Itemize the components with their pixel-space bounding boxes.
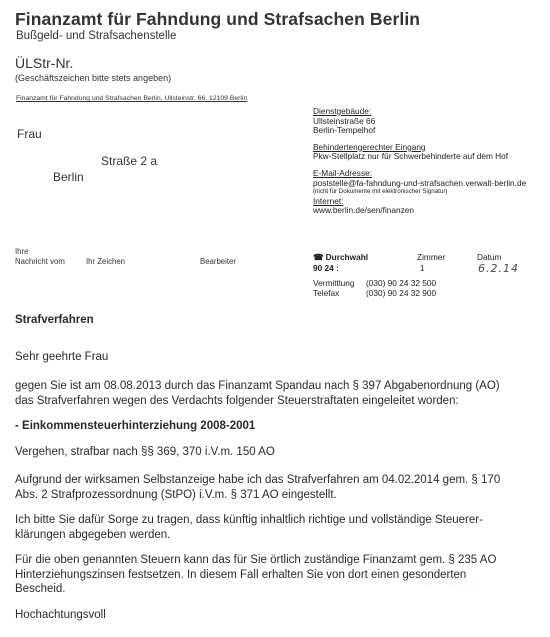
internet-url[interactable]: www.berlin.de/sen/finanzen — [313, 206, 526, 216]
phone-numbers: Vermittlung(030) 90 24 32 500 Telefax(03… — [313, 278, 436, 298]
durchwahl-value: 90 24 : — [313, 263, 339, 273]
offense-legal-basis: Vergehen, strafbar nach §§ 369, 370 i.V.… — [15, 445, 275, 460]
vermittlung-row: Vermittlung(030) 90 24 32 500 — [313, 278, 436, 288]
paragraph-proceedings-opened: gegen Sie ist am 08.08.2013 durch das Fi… — [15, 379, 500, 408]
telefax-row: Telefax(030) 90 24 32 900 — [313, 288, 436, 298]
bearbeiter-label: Bearbeiter — [200, 257, 236, 267]
durchwahl-header: ☎ Durchwahl — [313, 252, 368, 262]
durchwahl-label: Durchwahl — [326, 252, 368, 262]
telephone-icon: ☎ — [313, 252, 323, 262]
paragraph-proceedings-closed: Aufgrund der wirksamen Selbstanzeige hab… — [15, 473, 500, 502]
ref-field-ihre-nachricht: Ihre Nachricht vom — [15, 247, 65, 267]
ihr-zeichen-label: Ihr Zeichen — [86, 257, 125, 267]
vermittlung-number: (030) 90 24 32 500 — [366, 278, 436, 288]
paragraph-line: Aufgrund der wirksamen Selbstanzeige hab… — [15, 473, 500, 488]
office-info-block: Dienstgebäude: Ullsteinstraße 66 Berlin-… — [313, 107, 526, 216]
recipient-street: Straße 2 a — [101, 154, 157, 168]
zimmer-label: Zimmer — [417, 252, 445, 262]
paragraph-line: Hinterziehungszinsen festsetzen. In dies… — [15, 568, 496, 583]
building-district: Berlin-Tempelhof — [313, 126, 526, 136]
recipient-city: Berlin — [53, 170, 84, 184]
organization-title: Finanzamt für Fahndung und Strafsachen B… — [15, 9, 420, 30]
paragraph-interest-notice: Für die oben genannten Steuern kann das … — [15, 553, 496, 597]
telefax-number: (030) 90 24 32 900 — [366, 288, 436, 298]
nachricht-vom-label: Nachricht vom — [15, 257, 65, 267]
telefax-label: Telefax — [313, 288, 366, 298]
reference-hint: (Geschäftszeichen bitte stets angeben) — [15, 73, 171, 83]
letter-greeting: Sehr geehrte Frau — [15, 351, 108, 363]
department-subtitle: Bußgeld- und Strafsachenstelle — [16, 30, 176, 42]
letter-subject: Strafverfahren — [15, 314, 94, 326]
accessible-entrance-text: Pkw-Stellplatz nur für Schwerbehinderte … — [313, 152, 526, 162]
email-address[interactable]: poststelle@fa-fahndung-und-strafsachen.v… — [313, 179, 526, 189]
paragraph-line: das Strafverfahren wegen des Verdachts f… — [15, 394, 500, 409]
paragraph-line: Ich bitte Sie dafür Sorge zu tragen, das… — [15, 513, 483, 528]
paragraph-line: gegen Sie ist am 08.08.2013 durch das Fi… — [15, 379, 500, 394]
zimmer-value: 1 — [420, 263, 425, 273]
return-address: Finanzamt für Fahndung und Strafsachen B… — [16, 95, 247, 102]
handwritten-date: 6.2.14 — [478, 262, 519, 275]
datum-label: Datum — [477, 252, 501, 262]
reference-number-label: ÜLStr-Nr. — [15, 55, 73, 71]
paragraph-line: klärungen abgegeben werden. — [15, 528, 483, 543]
ihre-label: Ihre — [15, 247, 65, 257]
paragraph-line: Für die oben genannten Steuern kann das … — [15, 553, 496, 568]
paragraph-request: Ich bitte Sie dafür Sorge zu tragen, das… — [15, 513, 483, 542]
email-note: (nicht für Dokumente mit elektronischer … — [313, 188, 526, 197]
vermittlung-label: Vermittlung — [313, 278, 366, 288]
scan-artifact: · · ˙ ' ` · . · ˙ · ' · — [425, 582, 477, 588]
recipient-salutation: Frau — [17, 127, 42, 141]
offense-item: - Einkommensteuerhinterziehung 2008-2001 — [15, 419, 255, 434]
paragraph-line: Abs. 2 Strafprozessordnung (StPO) i.V.m.… — [15, 488, 500, 503]
letter-closing: Hochachtungsvoll — [15, 608, 106, 623]
